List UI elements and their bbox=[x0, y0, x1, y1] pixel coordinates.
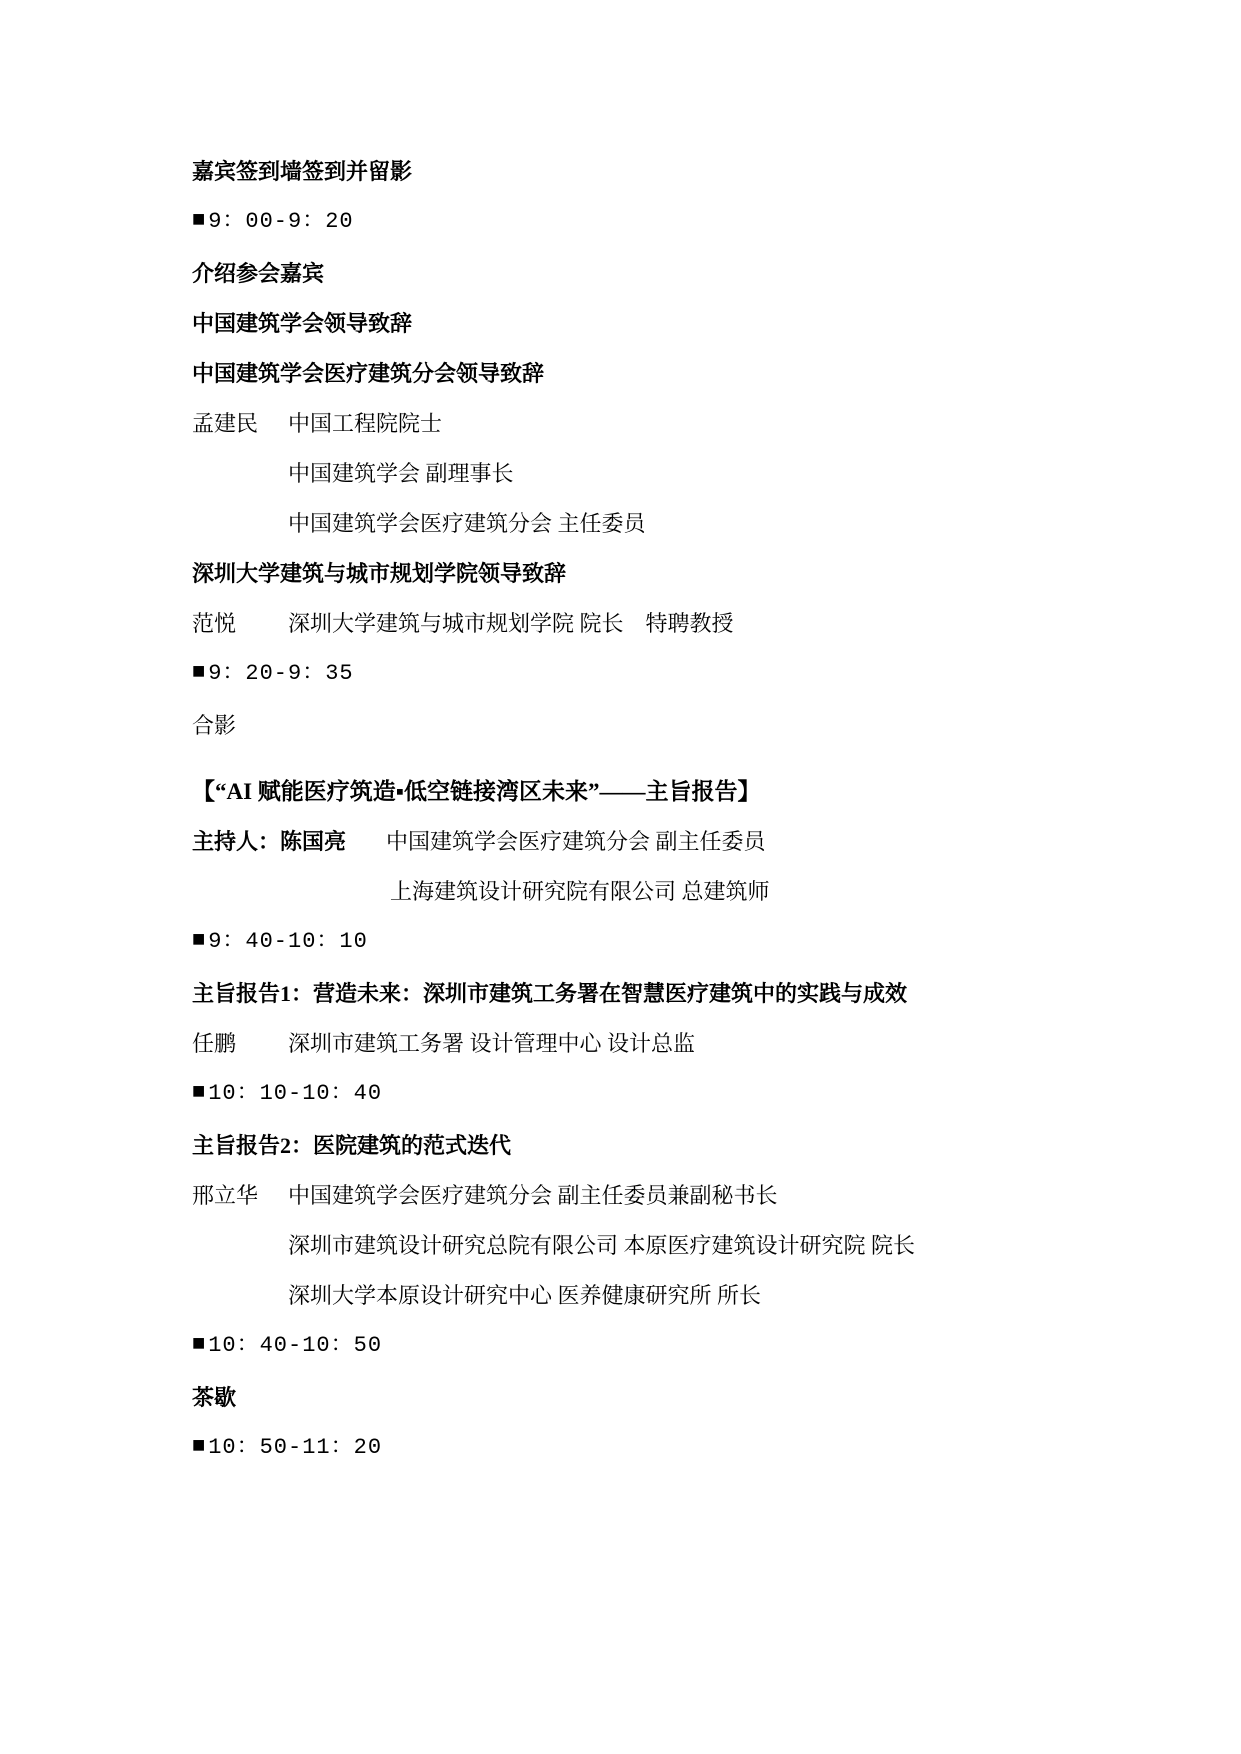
keynote-2-title: 主旨报告2：医院建筑的范式迭代 bbox=[192, 1134, 1151, 1158]
section-title-keynote: 【“AI 赋能医疗筑造▪低空链接湾区未来”——主旨报告】 bbox=[192, 780, 1151, 804]
time-range: 10：40-10：50 bbox=[208, 1333, 382, 1358]
speaker-detail-line: 深圳市建筑设计研究总院有限公司 本原医疗建筑设计研究院 院长 bbox=[192, 1234, 1151, 1258]
time-slot-6: ■10：50-11：20 bbox=[192, 1436, 1151, 1460]
session-heading-introduce-guests: 介绍参会嘉宾 bbox=[192, 262, 1151, 286]
time-range: 9：20-9：35 bbox=[208, 661, 353, 686]
speaker-name: 范悦 bbox=[192, 612, 288, 636]
speaker-line-xinglihua: 邢立华中国建筑学会医疗建筑分会 副主任委员兼副秘书长 bbox=[192, 1184, 1151, 1208]
speaker-detail-line: 深圳大学本原设计研究中心 医养健康研究所 所长 bbox=[192, 1284, 1151, 1308]
time-bullet-icon: ■ bbox=[192, 661, 206, 685]
document-page: 嘉宾签到墙签到并留影 ■9：00-9：20 介绍参会嘉宾 中国建筑学会领导致辞 … bbox=[0, 0, 1241, 1754]
time-slot-1: ■9：00-9：20 bbox=[192, 210, 1151, 234]
time-bullet-icon: ■ bbox=[192, 1435, 206, 1459]
agenda-content: 嘉宾签到墙签到并留影 ■9：00-9：20 介绍参会嘉宾 中国建筑学会领导致辞 … bbox=[0, 0, 1241, 1460]
speaker-name: 任鹏 bbox=[192, 1032, 288, 1056]
session-heading-signin: 嘉宾签到墙签到并留影 bbox=[192, 160, 1151, 184]
session-heading-asc-leader-speech: 中国建筑学会领导致辞 bbox=[192, 312, 1151, 336]
time-bullet-icon: ■ bbox=[192, 1081, 206, 1105]
session-heading-medical-branch-speech: 中国建筑学会医疗建筑分会领导致辞 bbox=[192, 362, 1151, 386]
time-slot-3: ■9：40-10：10 bbox=[192, 930, 1151, 954]
speaker-line-mengjianmin: 孟建民中国工程院院士 bbox=[192, 412, 1151, 436]
time-slot-5: ■10：40-10：50 bbox=[192, 1334, 1151, 1358]
speaker-line-fanyue: 范悦深圳大学建筑与城市规划学院 院长 特聘教授 bbox=[192, 612, 1151, 636]
speaker-title: 深圳大学建筑与城市规划学院 院长 特聘教授 bbox=[288, 611, 734, 636]
time-slot-4: ■10：10-10：40 bbox=[192, 1082, 1151, 1106]
time-slot-2: ■9：20-9：35 bbox=[192, 662, 1151, 686]
time-range: 9：40-10：10 bbox=[208, 929, 368, 954]
moderator-name: 主持人：陈国亮 bbox=[192, 829, 346, 854]
speaker-line-renpeng: 任鹏深圳市建筑工务署 设计管理中心 设计总监 bbox=[192, 1032, 1151, 1056]
session-heading-szu-leader-speech: 深圳大学建筑与城市规划学院领导致辞 bbox=[192, 562, 1151, 586]
speaker-name: 邢立华 bbox=[192, 1184, 288, 1208]
speaker-title: 中国工程院院士 bbox=[288, 411, 442, 436]
speaker-name: 孟建民 bbox=[192, 412, 288, 436]
moderator-detail-line: 上海建筑设计研究院有限公司 总建筑师 bbox=[192, 880, 1151, 904]
time-range: 10：10-10：40 bbox=[208, 1081, 382, 1106]
time-bullet-icon: ■ bbox=[192, 929, 206, 953]
speaker-title: 中国建筑学会医疗建筑分会 副主任委员兼副秘书长 bbox=[288, 1183, 778, 1208]
time-bullet-icon: ■ bbox=[192, 1333, 206, 1357]
speaker-detail-line: 中国建筑学会 副理事长 bbox=[192, 462, 1151, 486]
time-range: 9：00-9：20 bbox=[208, 209, 353, 234]
speaker-title: 深圳市建筑工务署 设计管理中心 设计总监 bbox=[288, 1031, 695, 1056]
time-range: 10：50-11：20 bbox=[208, 1435, 382, 1460]
moderator-line: 主持人：陈国亮中国建筑学会医疗建筑分会 副主任委员 bbox=[192, 830, 1151, 854]
moderator-title: 中国建筑学会医疗建筑分会 副主任委员 bbox=[386, 829, 766, 854]
activity-group-photo: 合影 bbox=[192, 714, 1151, 738]
activity-tea-break: 茶歇 bbox=[192, 1386, 1151, 1410]
time-bullet-icon: ■ bbox=[192, 209, 206, 233]
keynote-1-title: 主旨报告1：营造未来：深圳市建筑工务署在智慧医疗建筑中的实践与成效 bbox=[192, 982, 1151, 1006]
speaker-detail-line: 中国建筑学会医疗建筑分会 主任委员 bbox=[192, 512, 1151, 536]
